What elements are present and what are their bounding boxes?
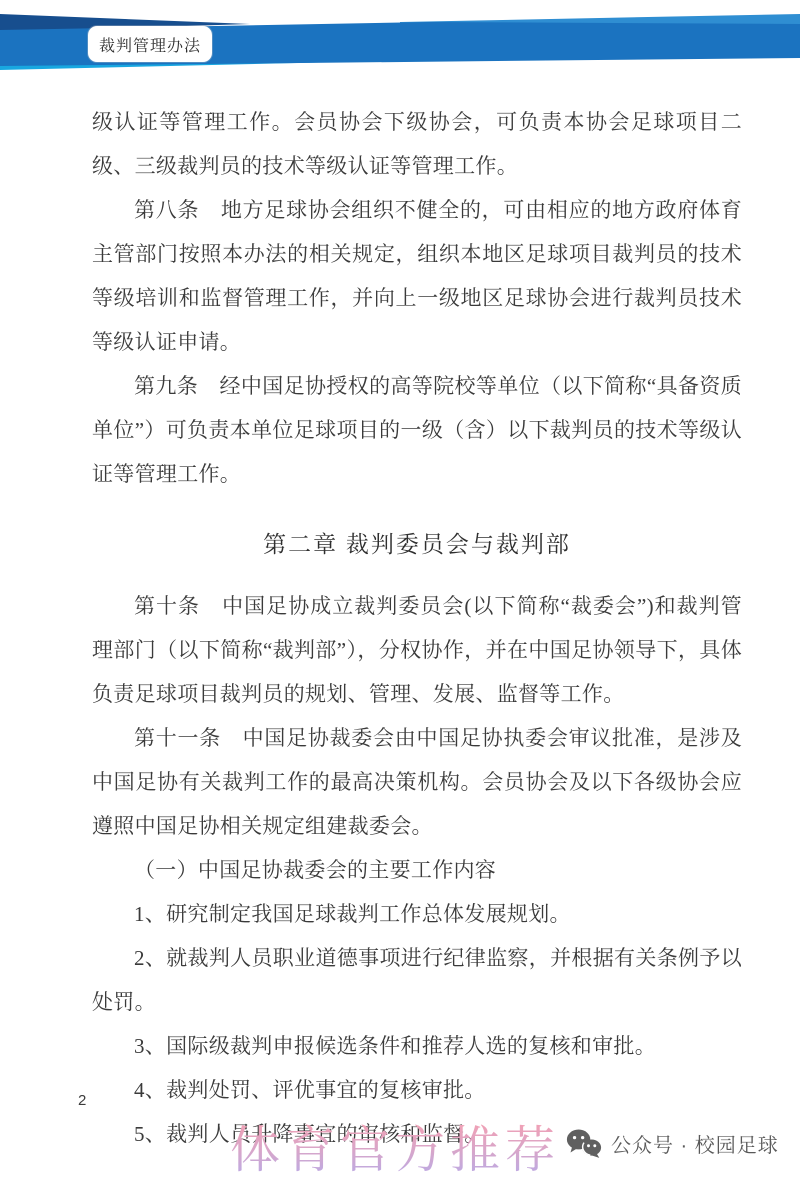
- list-item-1: 1、研究制定我国足球裁判工作总体发展规划。: [92, 892, 742, 936]
- wechat-footer: 公众号 · 校园足球: [566, 1128, 779, 1159]
- header-badge: 裁判管理办法: [88, 26, 212, 62]
- header-badge-label: 裁判管理办法: [99, 33, 201, 56]
- wechat-account-label: 公众号 · 校园足球: [611, 1129, 779, 1158]
- document-body: 级认证等管理工作。会员协会下级协会，可负责本协会足球项目二级、三级裁判员的技术等…: [92, 100, 742, 1156]
- paragraph-sublist-title: （一）中国足协裁委会的主要工作内容: [92, 848, 742, 892]
- list-item-2: 2、就裁判人员职业道德事项进行纪律监察，并根据有关条例予以处罚。: [92, 936, 742, 1024]
- header-ribbon: 裁判管理办法: [0, 0, 800, 90]
- page-number: 2: [78, 1092, 86, 1109]
- list-item-4: 4、裁判处罚、评优事宜的复核审批。: [92, 1068, 742, 1112]
- watermark-text: 体育官方推荐: [230, 1110, 560, 1182]
- document-page: 裁判管理办法 级认证等管理工作。会员协会下级协会，可负责本协会足球项目二级、三级…: [0, 0, 800, 1186]
- wechat-icon: [566, 1128, 602, 1159]
- list-item-3: 3、国际级裁判申报候选条件和推荐人选的复核和审批。: [92, 1024, 742, 1068]
- paragraph-article-9: 第九条 经中国足协授权的高等院校等单位（以下简称“具备资质单位”）可负责本单位足…: [92, 364, 742, 496]
- paragraph-article-10: 第十条 中国足协成立裁判委员会(以下简称“裁委会”)和裁判管理部门（以下简称“裁…: [92, 584, 742, 716]
- paragraph-article-11: 第十一条 中国足协裁委会由中国足协执委会审议批准，是涉及中国足协有关裁判工作的最…: [92, 716, 742, 848]
- paragraph-article-8: 第八条 地方足球协会组织不健全的，可由相应的地方政府体育主管部门按照本办法的相关…: [92, 188, 742, 364]
- paragraph: 级认证等管理工作。会员协会下级协会，可负责本协会足球项目二级、三级裁判员的技术等…: [92, 100, 742, 188]
- chapter-heading: 第二章 裁判委员会与裁判部: [92, 522, 742, 568]
